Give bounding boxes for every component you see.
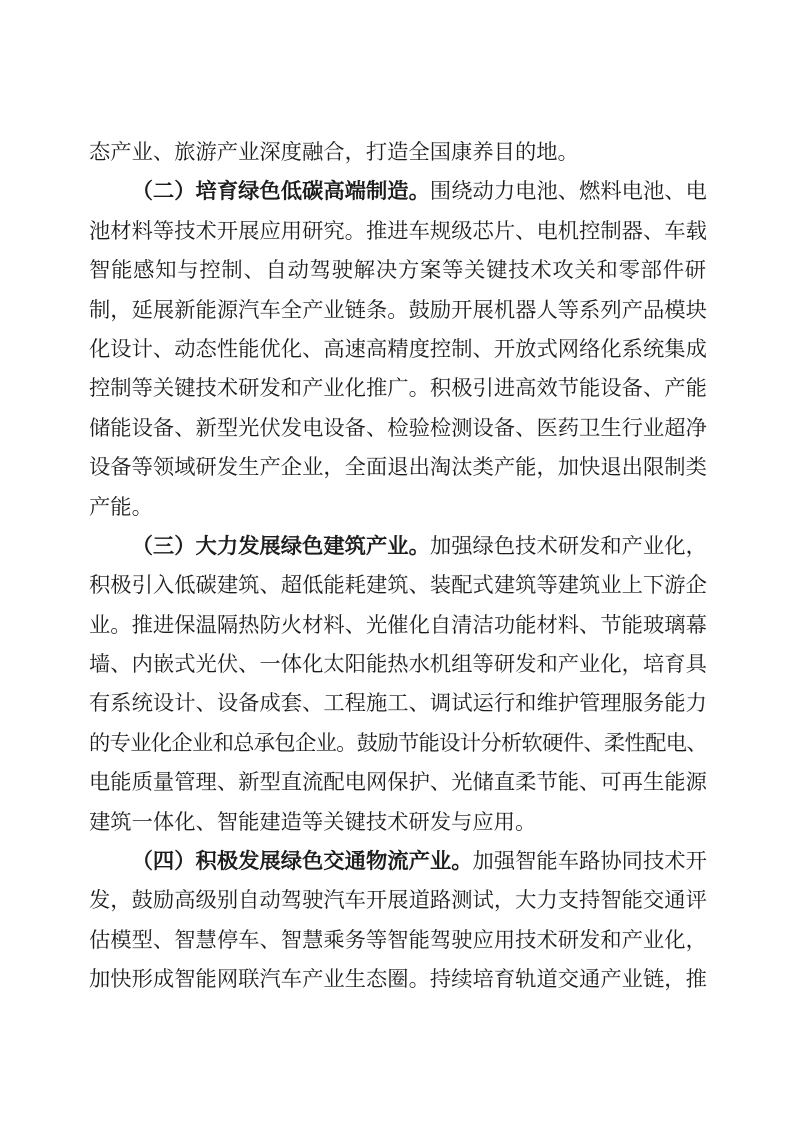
text-line: 加快形成智能网联汽车产业生态圈。持续培育轨道交通产业链，推 bbox=[89, 960, 707, 999]
text-line: 化设计、动态性能优化、高速高精度控制、开放式网络化系统集成 bbox=[89, 330, 707, 369]
section-heading: （二）培育绿色低碳高端制造。 bbox=[132, 179, 430, 203]
paragraph-continuation: 态产业、旅游产业深度融合，打造全国康养目的地。 bbox=[89, 133, 707, 172]
paragraph-section-2: （二）培育绿色低碳高端制造。围绕动力电池、燃料电池、电池材料等技术开展应用研究。… bbox=[89, 172, 707, 527]
text-line: 态产业、旅游产业深度融合，打造全国康养目的地。 bbox=[89, 133, 707, 172]
text-line: 设备等领域研发生产企业，全面退出淘汰类产能，加快退出限制类 bbox=[89, 448, 707, 487]
text-line: 建筑一体化、智能建造等关键技术研发与应用。 bbox=[89, 803, 707, 842]
text-line: 智能感知与控制、自动驾驶解决方案等关键技术攻关和零部件研 bbox=[89, 251, 707, 290]
text-line: 控制等关键技术研发和产业化推广。积极引进高效节能设备、产能 bbox=[89, 369, 707, 408]
text-line: （四）积极发展绿色交通物流产业。加强智能车路协同技术开 bbox=[89, 842, 707, 881]
text-line: 产能。 bbox=[89, 488, 707, 527]
section-heading: （四）积极发展绿色交通物流产业。 bbox=[132, 849, 473, 873]
text-line: 池材料等技术开展应用研究。推进车规级芯片、电机控制器、车载 bbox=[89, 212, 707, 251]
text-line: 估模型、智慧停车、智慧乘务等智能驾驶应用技术研发和产业化， bbox=[89, 921, 707, 960]
text-line: 有系统设计、设备成套、工程施工、调试运行和维护管理服务能力 bbox=[89, 684, 707, 723]
text-line: 的专业化企业和总承包企业。鼓励节能设计分析软硬件、柔性配电、 bbox=[89, 724, 707, 763]
section-heading: （三）大力发展绿色建筑产业。 bbox=[132, 534, 430, 558]
paragraph-section-4: （四）积极发展绿色交通物流产业。加强智能车路协同技术开发，鼓励高级别自动驾驶汽车… bbox=[89, 842, 707, 1000]
document-page: 态产业、旅游产业深度融合，打造全国康养目的地。（二）培育绿色低碳高端制造。围绕动… bbox=[0, 0, 794, 1123]
text-line: 墙、内嵌式光伏、一体化太阳能热水机组等研发和产业化，培育具 bbox=[89, 645, 707, 684]
paragraph-section-3: （三）大力发展绿色建筑产业。加强绿色技术研发和产业化，积极引入低碳建筑、超低能耗… bbox=[89, 527, 707, 842]
text-line: 积极引入低碳建筑、超低能耗建筑、装配式建筑等建筑业上下游企 bbox=[89, 566, 707, 605]
document-body: 态产业、旅游产业深度融合，打造全国康养目的地。（二）培育绿色低碳高端制造。围绕动… bbox=[89, 133, 707, 1000]
text-line: 发，鼓励高级别自动驾驶汽车开展道路测试，大力支持智能交通评 bbox=[89, 881, 707, 920]
text-line: 业。推进保温隔热防火材料、光催化自清洁功能材料、节能玻璃幕 bbox=[89, 606, 707, 645]
text-line: 储能设备、新型光伏发电设备、检验检测设备、医药卫生行业超净 bbox=[89, 409, 707, 448]
text-line: 电能质量管理、新型直流配电网保护、光储直柔节能、可再生能源 bbox=[89, 763, 707, 802]
text-line: （三）大力发展绿色建筑产业。加强绿色技术研发和产业化， bbox=[89, 527, 707, 566]
text-line: 制，延展新能源汽车全产业链条。鼓励开展机器人等系列产品模块 bbox=[89, 291, 707, 330]
text-line: （二）培育绿色低碳高端制造。围绕动力电池、燃料电池、电 bbox=[89, 172, 707, 211]
